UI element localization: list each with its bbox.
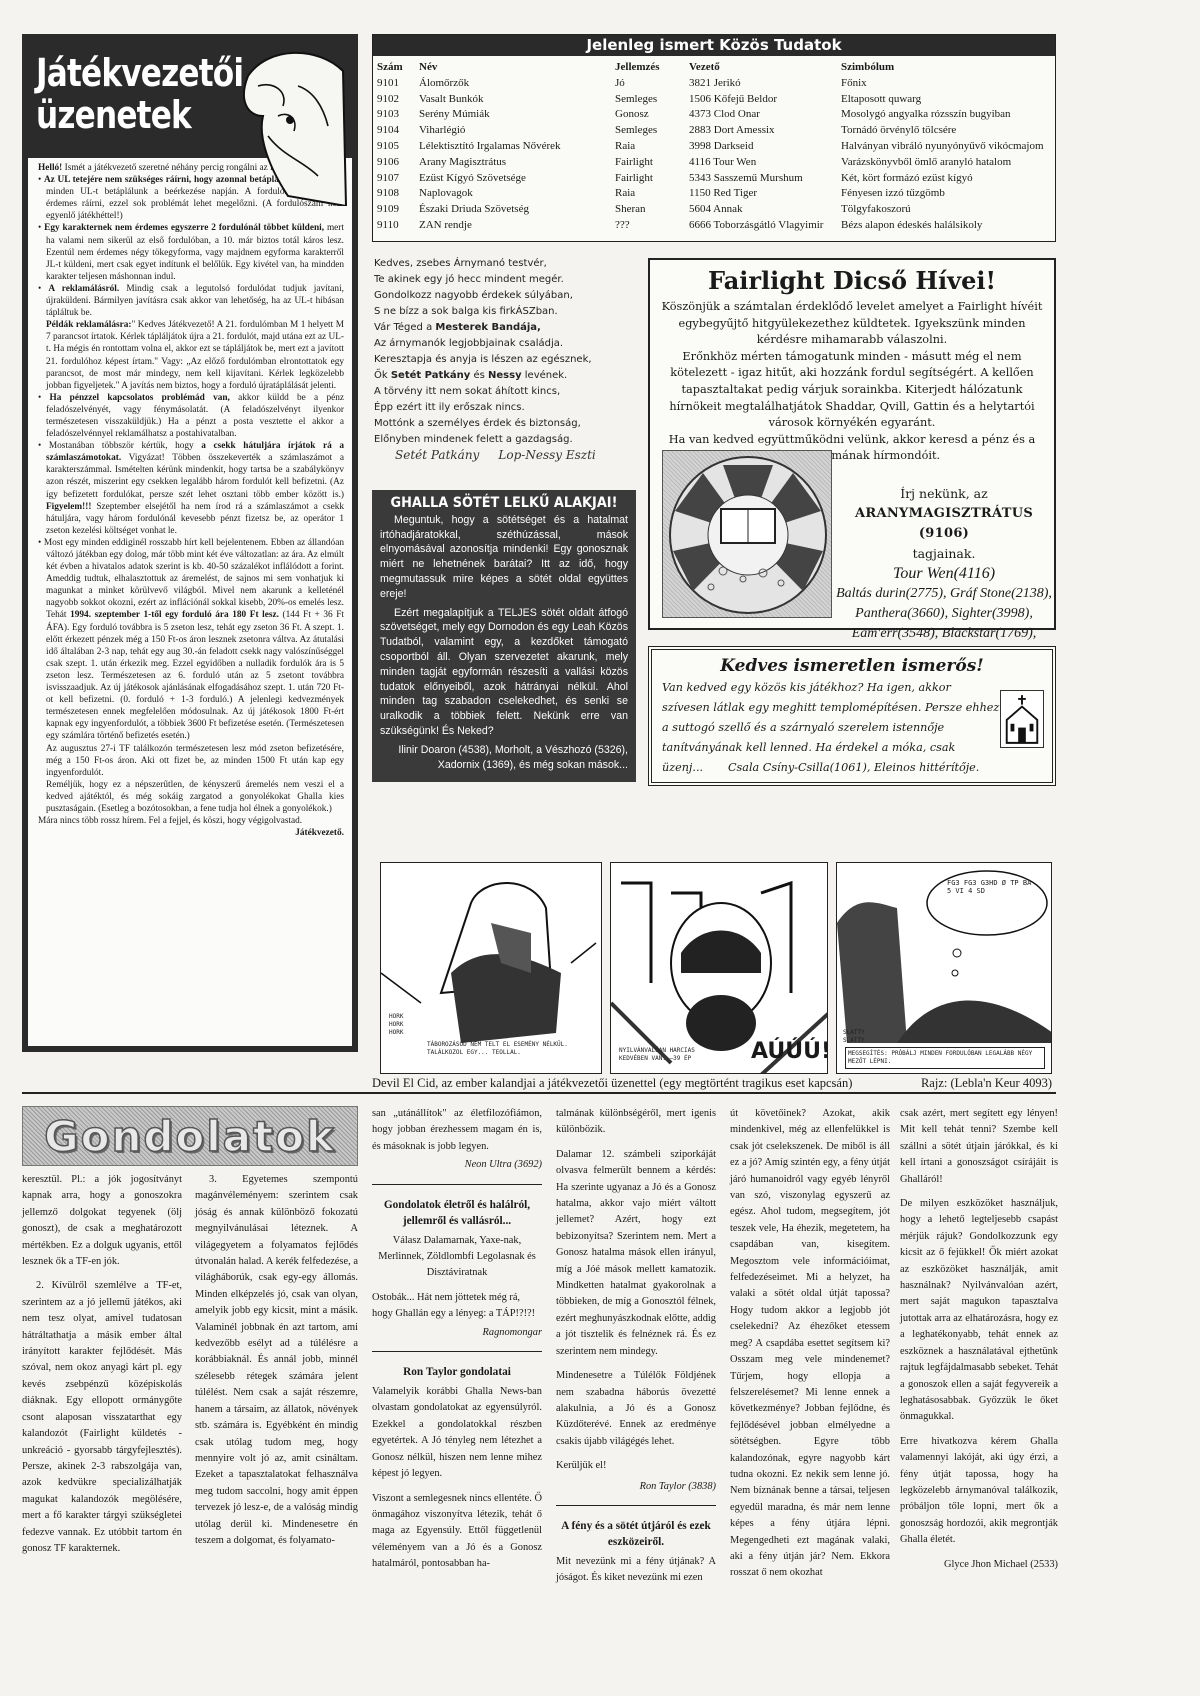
col-header-symbol: Szimbólum: [837, 59, 1055, 75]
col-header-name: Név: [415, 59, 611, 75]
leader-name: Tour Wen(4116): [836, 564, 1052, 584]
thoughts-column-1: keresztül. Pl.: a jók jogosítványt kapna…: [22, 1172, 182, 1565]
bullet-two-turns: • Egy karakternek nem érdemes egyszerre …: [38, 222, 344, 282]
comic-title: Devil El Cid, az ember kalandjai a játék…: [372, 1076, 852, 1091]
col-header-number: Szám: [373, 59, 415, 75]
common-minds-title: Jelenleg ismert Közös Tudatok: [373, 35, 1055, 56]
gamemaster-body: Helló! Ismét a játékvezető szeretné néhá…: [28, 158, 352, 1046]
hope-paragraph: Reméljük, hogy ez a népszerűtlen, de kén…: [38, 779, 344, 815]
comic-panel-1: HORK HORK HORK TÁBOROZÁSOD NEM TELT EL E…: [380, 862, 602, 1074]
fairlight-followers-box: Fairlight Dicső Hívei! Köszönjük a számt…: [648, 258, 1056, 630]
table-header-row: Szám Név Jellemzés Vezető Szimbólum: [373, 59, 1055, 75]
article-heading-life-death: Gondolatok életről és halálról, jellemrő…: [372, 1197, 542, 1229]
dark-souls-ghalla-box: GHALLA SÖTÉT LELKŰ ALAKJAI! Meguntuk, ho…: [372, 490, 636, 782]
wizard-portrait-icon: [228, 46, 348, 206]
signature-1: Setét Patkány: [395, 448, 479, 462]
dark-souls-signers: Ilinir Doaron (4538), Morholt, a Vészhoz…: [380, 743, 628, 773]
divider: [372, 1184, 542, 1185]
bullet-price-increase: • Most egy minden eddiginél rosszabb hír…: [38, 537, 344, 743]
dark-souls-title: GHALLA SÖTÉT LELKŰ ALAKJAI!: [390, 496, 618, 511]
table-row: 9106Arany MagisztrátusFairlight4116 Tour…: [373, 154, 1055, 170]
ron-taylor-signature: Ron Taylor (3838): [556, 1479, 716, 1495]
dear-stranger-title: Kedves ismeretlen ismerős!: [662, 656, 1042, 676]
fairlight-title: Fairlight Dicső Hívei!: [658, 266, 1046, 295]
comic-panel-3: FG3 FG3 G3HD Ø TP BA 5 VI 4 SD SLATTY SL…: [836, 862, 1052, 1074]
table-row: 9104ViharlégióSemleges2883 Dort AmessixT…: [373, 122, 1055, 138]
common-minds-table: Szám Név Jellemzés Vezető Szimbólum 9101…: [373, 59, 1055, 233]
dear-stranger-signature: Csala Csíny-Csilla(1061), Eleinos hittér…: [728, 761, 979, 774]
church-icon: [1000, 690, 1044, 748]
comic-credit: Rajz: (Lebla'n Keur 4093): [921, 1076, 1052, 1091]
table-row: 9107Ezüst Kígyó SzövetségeFairlight5343 …: [373, 170, 1055, 186]
table-row: 9101ÁlomőrzőkJó3821 JerikóFőnix: [373, 75, 1055, 91]
thoughts-banner: Gondolatok: [22, 1106, 358, 1166]
thoughts-column-2: 3. Egyetemes szempontú magánvéleményem: …: [195, 1172, 358, 1557]
divider: [372, 1351, 542, 1352]
glyce-signature: Glyce Jhon Michael (2533): [900, 1557, 1058, 1573]
gamemaster-messages-panel: Játékvezetői üzenetek Helló! Ismét a ját…: [22, 34, 358, 1052]
neon-ultra-signature: Neon Ultra (3692): [372, 1157, 542, 1173]
ragnomongar-signature: Ragnomongar: [372, 1325, 542, 1341]
col-header-alignment: Jellemzés: [611, 59, 685, 75]
complaint-examples: Példák reklamálásra:" Kedves Játékvezető…: [38, 319, 344, 392]
poem-signatures: Setét Patkány Lop-Nessy Eszti: [395, 448, 596, 462]
table-row: 9105Lélektisztító Irgalamas NővérekRaia3…: [373, 138, 1055, 154]
dear-stranger-box: Kedves ismeretlen ismerős! Van kedved eg…: [648, 646, 1056, 786]
thoughts-column-5: út követőinek? Azokat, akik mindenkivel,…: [730, 1106, 890, 1590]
shadow-gang-poem: Kedves, zsebes Árnymanó testvér, Te akin…: [372, 256, 642, 448]
organization-name: ARANYMAGISZTRÁTUS (9106): [836, 504, 1052, 544]
closing-paragraph: Mára nincs több rossz hírem. Fel a fejje…: [38, 815, 344, 827]
table-row: 9108NaplovagokRaia1150 Red TigerFényesen…: [373, 186, 1055, 202]
article-heading-ron-taylor: Ron Taylor gondolatai: [372, 1364, 542, 1380]
bullet-complaints: • A reklamálásról. Mindig csak a legutol…: [38, 283, 344, 319]
article-heading-light-dark: A fény és a sötét útjáról és ezek eszköz…: [556, 1518, 716, 1550]
common-minds-table-box: Jelenleg ismert Közös Tudatok Szám Név J…: [372, 34, 1056, 242]
magic-book-emblem-image: [662, 450, 832, 618]
bullet-money: • Ha pénzzel kapcsolatos problémád van, …: [38, 392, 344, 440]
gamemaster-header: Játékvezetői üzenetek: [28, 40, 352, 158]
bullet-account-number: • Mostanában többször kértük, hogy a cse…: [38, 440, 344, 537]
fairlight-text: Köszönjük a számtalan érdeklődő levelet …: [658, 299, 1046, 465]
table-row: 9109Északi Driuda SzövetségSheran5604 An…: [373, 201, 1055, 217]
thoughts-column-4: talmának különbségéről, mert igenis külö…: [556, 1106, 716, 1595]
divider: [556, 1505, 716, 1506]
table-row: 9110ZAN rendje???6666 Toborzásgátló Vlag…: [373, 217, 1055, 233]
comic-panel-2: NYILVÁNVALÓAN HARCIAS KEDVÉBEN VAN. —39 …: [610, 862, 828, 1074]
thoughts-column-6: csak azért, mert segített egy lényen! Mi…: [900, 1106, 1058, 1581]
table-row: 9102Vasalt BunkókSemleges1506 Kőfejű Bel…: [373, 91, 1055, 107]
section-divider: [22, 1092, 1056, 1094]
signature-2: Lop-Nessy Eszti: [498, 448, 595, 462]
comic-caption: Devil El Cid, az ember kalandjai a játék…: [372, 1076, 1052, 1091]
book-sun-icon: [663, 451, 833, 619]
gamemaster-signature: Játékvezető.: [38, 827, 344, 839]
august-meeting-paragraph: Az augusztus 27-i TF találkozón természe…: [38, 743, 344, 779]
fairlight-contact: Írj nekünk, az ARANYMAGISZTRÁTUS (9106) …: [836, 484, 1052, 664]
col-header-leader: Vezető: [685, 59, 837, 75]
gamemaster-title: Játékvezetői üzenetek: [36, 52, 243, 136]
table-row: 9103Serény MúmiákGonosz4373 Clod OnarMos…: [373, 107, 1055, 123]
thoughts-column-3: san „utánállítok" az életfilozófiámon, h…: [372, 1106, 542, 1581]
